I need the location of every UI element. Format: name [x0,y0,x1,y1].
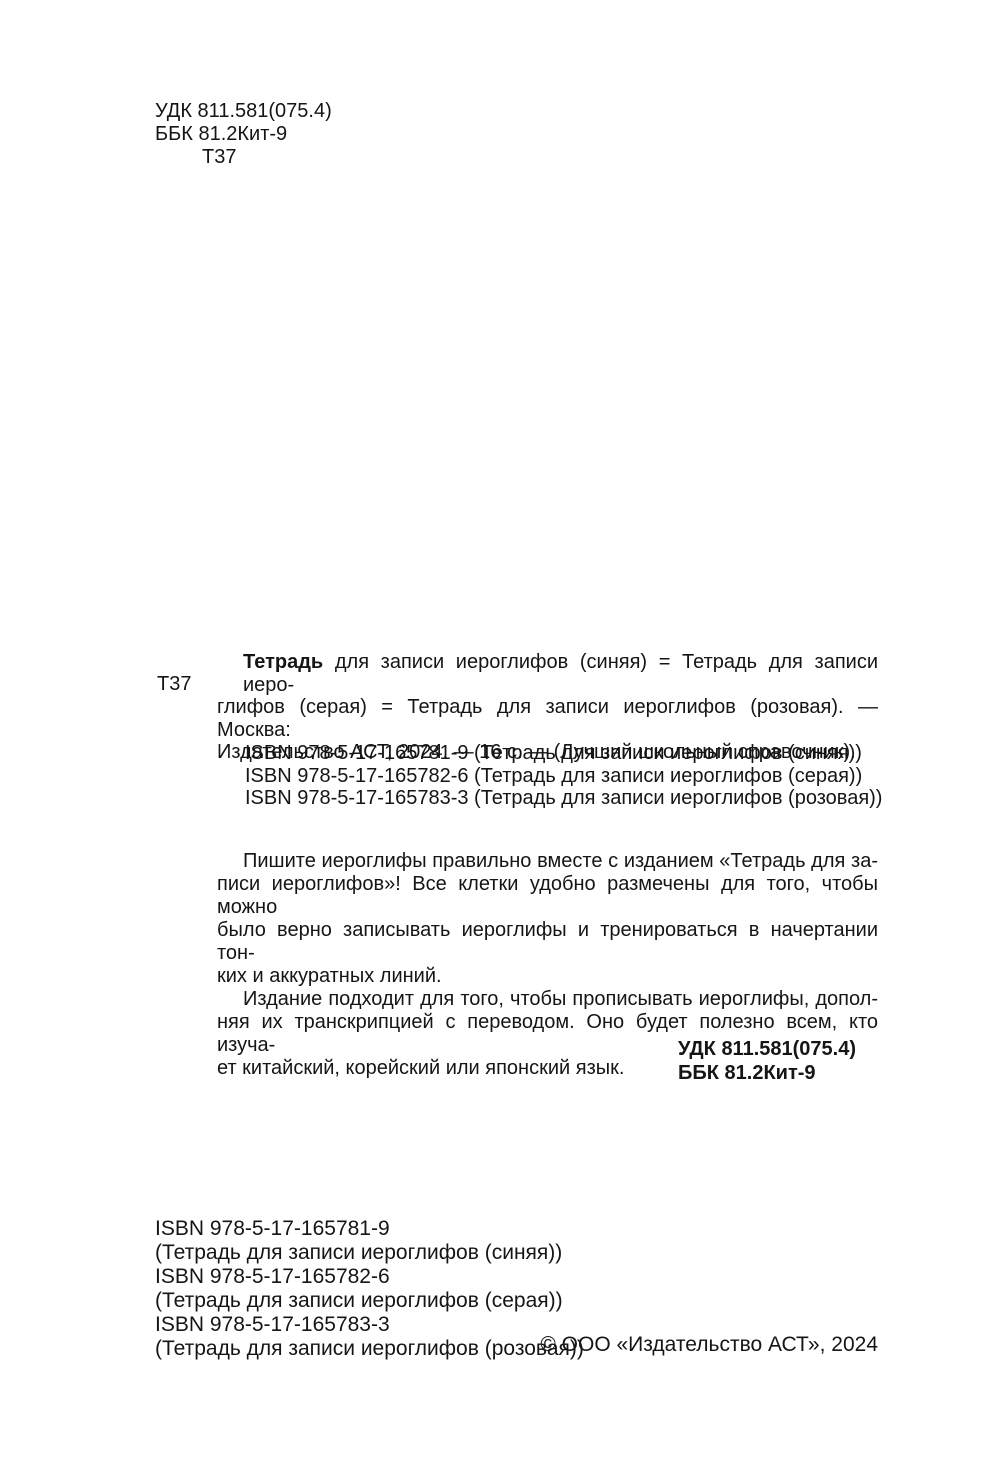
isbn-line-gray: ISBN 978-5-17-165782-6 (Тетрадь для запи… [245,765,882,788]
bbk-number: ББК 81.2Кит-9 [155,123,332,146]
catalog-entry-author-mark: Т37 [157,673,191,696]
udk-number: УДК 811.581(075.4) [155,100,332,123]
isbn-line-pink: ISBN 978-5-17-165783-3 (Тетрадь для запи… [245,787,882,810]
catalog-entry-line-rest: для записи иероглифов (синяя) = Тетрадь … [243,651,878,696]
isbn-title-blue: (Тетрадь для записи иероглифов (синяя)) [155,1241,584,1265]
catalog-entry-title-bold: Тетрадь [243,651,323,673]
annotation-paragraph-1-line: писи иероглифов»! Все клетки удобно разм… [217,873,878,919]
bottom-isbn-block: ISBN 978-5-17-165781-9 (Тетрадь для запи… [155,1217,584,1361]
book-imprint-page: УДК 811.581(075.4) ББК 81.2Кит-9 Т37 Т37… [0,0,1000,1467]
copyright-line: © ООО «Издательство АСТ», 2024 [540,1333,878,1357]
bbk-number-bold: ББК 81.2Кит-9 [678,1061,856,1085]
isbn-title-gray: (Тетрадь для записи иероглифов (серая)) [155,1289,584,1313]
udk-number-bold: УДК 811.581(075.4) [678,1037,856,1061]
footer-classification-block: УДК 811.581(075.4) ББК 81.2Кит-9 [678,1037,856,1085]
annotation-paragraph-2-line: Издание подходит для того, чтобы прописы… [217,988,878,1011]
catalog-entry-line: Тетрадь для записи иероглифов (синяя) = … [217,651,878,696]
catalog-entry-line: глифов (серая) = Тетрадь для записи иеро… [217,696,878,741]
annotation-paragraph-1-line: Пишите иероглифы правильно вместе с изда… [217,850,878,873]
isbn-number: ISBN 978-5-17-165781-9 [155,1217,584,1241]
annotation-paragraph-1-line: ких и аккуратных линий. [217,965,878,988]
isbn-number: ISBN 978-5-17-165783-3 [155,1313,584,1337]
top-classification-block: УДК 811.581(075.4) ББК 81.2Кит-9 Т37 [155,100,332,169]
isbn-line-blue: ISBN 978-5-17-165781-9 (Тетрадь для запи… [245,742,882,765]
isbn-title-pink: (Тетрадь для записи иероглифов (розовая)… [155,1337,584,1361]
isbn-block: ISBN 978-5-17-165781-9 (Тетрадь для запи… [245,742,882,810]
annotation-paragraph-1-line: было верно записывать иероглифы и тренир… [217,919,878,965]
isbn-number: ISBN 978-5-17-165782-6 [155,1265,584,1289]
author-mark: Т37 [155,146,332,169]
